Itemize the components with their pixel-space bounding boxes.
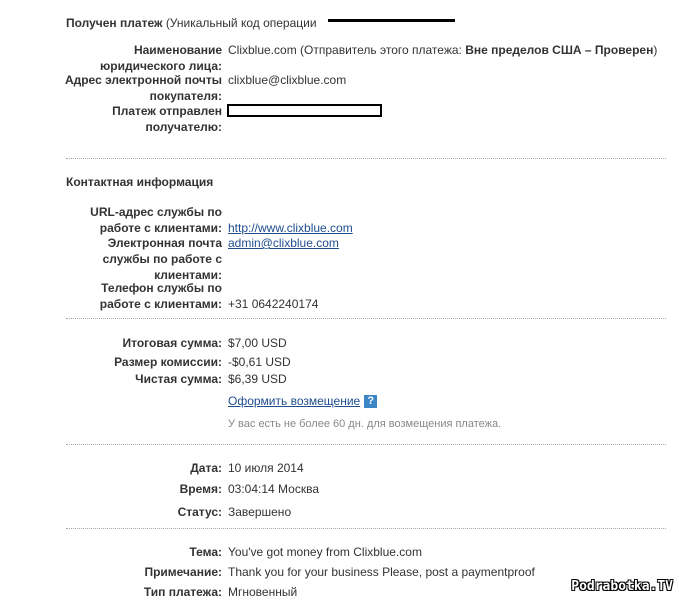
payment-title: Получен платеж (Уникальный код операции bbox=[66, 15, 317, 31]
payment-type-value: Мгновенный bbox=[228, 584, 297, 600]
note-label: Примечание: bbox=[144, 564, 222, 580]
total-label: Итоговая сумма: bbox=[122, 335, 222, 351]
fee-label: Размер комиссии: bbox=[114, 354, 222, 370]
support-email-value[interactable]: admin@clixblue.com bbox=[228, 235, 339, 251]
help-icon[interactable]: ? bbox=[364, 395, 377, 408]
time-label: Время: bbox=[180, 481, 222, 497]
time-value: 03:04:14 Москва bbox=[228, 481, 319, 497]
support-url-label: URL-адрес службы по работе с клиентами: bbox=[90, 204, 222, 236]
buyer-email-value: clixblue@clixblue.com bbox=[228, 72, 346, 88]
redacted-recipient bbox=[227, 104, 382, 117]
refund-link[interactable]: Оформить возмещение bbox=[228, 394, 360, 408]
divider bbox=[66, 528, 666, 529]
legal-name-value: Clixblue.com (Отправитель этого платежа:… bbox=[228, 42, 657, 58]
total-value: $7,00 USD bbox=[228, 335, 287, 351]
payment-type-label: Тип платежа: bbox=[144, 584, 222, 600]
subject-value: You've got money from Clixblue.com bbox=[228, 544, 422, 560]
subject-label: Тема: bbox=[189, 544, 222, 560]
support-email-label: Электронная почта службы по работе с кли… bbox=[103, 235, 222, 283]
redacted-transaction-id bbox=[328, 19, 455, 22]
support-email-link[interactable]: admin@clixblue.com bbox=[228, 236, 339, 250]
buyer-email-label: Адрес электронной почты покупателя: bbox=[65, 72, 222, 104]
divider bbox=[66, 158, 666, 159]
payment-title-bold: Получен платеж bbox=[66, 16, 162, 30]
date-label: Дата: bbox=[190, 460, 222, 476]
net-value: $6,39 USD bbox=[228, 371, 287, 387]
payment-title-rest: (Уникальный код операции bbox=[166, 16, 317, 30]
contact-heading: Контактная информация bbox=[66, 174, 213, 190]
support-phone-value: +31 0642240174 bbox=[228, 296, 318, 312]
net-label: Чистая сумма: bbox=[135, 371, 222, 387]
support-url-link[interactable]: http://www.clixblue.com bbox=[228, 221, 353, 235]
note-value: Thank you for your business Please, post… bbox=[228, 564, 535, 580]
support-phone-label: Телефон службы по работе с клиентами: bbox=[100, 280, 222, 312]
watermark: Podrabotka.TV bbox=[571, 579, 673, 594]
status-label: Статус: bbox=[178, 504, 222, 520]
status-value: Завершено bbox=[228, 504, 291, 520]
recipient-label: Платеж отправлен получателю: bbox=[112, 103, 222, 135]
date-value: 10 июля 2014 bbox=[228, 460, 304, 476]
fee-value: -$0,61 USD bbox=[228, 354, 291, 370]
refund-row: Оформить возмещение? bbox=[228, 393, 377, 409]
refund-note: У вас есть не более 60 дн. для возмещени… bbox=[228, 416, 501, 432]
divider bbox=[66, 318, 666, 319]
divider bbox=[66, 444, 666, 445]
support-url-value[interactable]: http://www.clixblue.com bbox=[228, 220, 353, 236]
legal-name-label: Наименование юридического лица: bbox=[100, 42, 222, 74]
